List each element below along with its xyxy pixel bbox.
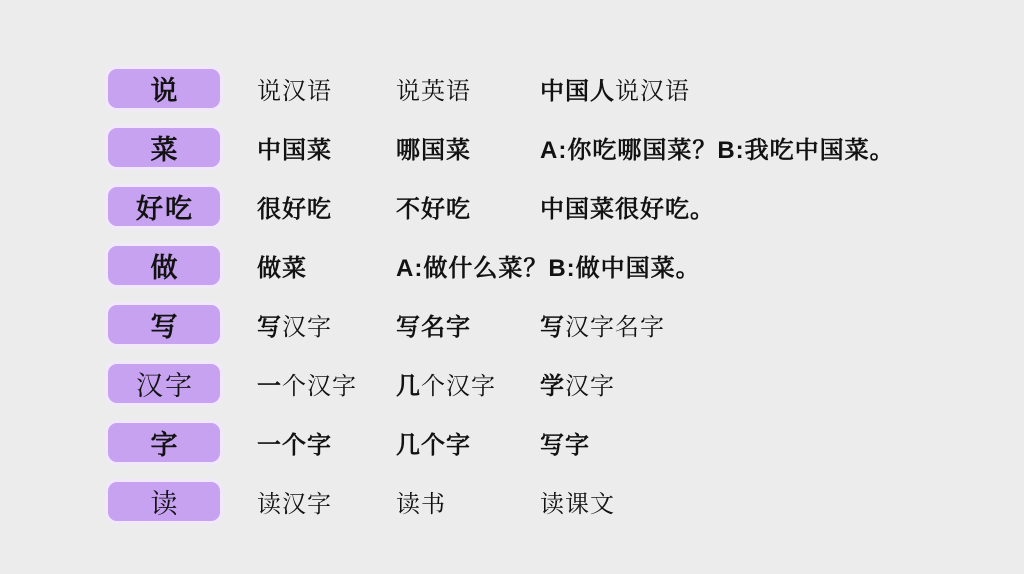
phrase: 学汉字 <box>540 361 615 406</box>
phrase: 写汉字名字 <box>540 302 665 347</box>
phrase-segment: 中国人 <box>540 71 615 106</box>
phrase: 读课文 <box>540 479 615 524</box>
phrase-segment: 写 <box>540 307 565 342</box>
phrase: 读汉字 <box>257 479 332 524</box>
phrase: 中国菜 <box>257 125 332 170</box>
vocabulary-slide: 说 说汉语 说英语 中国人说汉语 菜 中国菜 哪国菜 A:你吃哪国菜？B:我吃中… <box>0 0 1024 574</box>
phrase-segment: 很好吃 <box>257 189 332 224</box>
phrase: A:你吃哪国菜？B:我吃中国菜。 <box>540 125 895 170</box>
vocab-row: 读 读汉字 读书 读课文 <box>0 479 1024 524</box>
phrase: 哪国菜 <box>396 125 471 170</box>
phrase: 读书 <box>396 479 446 524</box>
vocab-row: 好吃 很好吃 不好吃 中国菜很好吃。 <box>0 184 1024 229</box>
keyword-box: 字 <box>105 420 223 465</box>
vocab-row: 菜 中国菜 哪国菜 A:你吃哪国菜？B:我吃中国菜。 <box>0 125 1024 170</box>
phrase-segment: 一 <box>257 366 282 401</box>
phrase-segment: 哪国菜 <box>396 130 471 165</box>
phrase-segment: 读课文 <box>540 484 615 519</box>
phrase: 不好吃 <box>396 184 471 229</box>
keyword-box: 写 <box>105 302 223 347</box>
phrase-segment: 读汉字 <box>257 484 332 519</box>
phrase: 几个字 <box>396 420 471 465</box>
vocab-row: 写 写汉字 写名字 写汉字名字 <box>0 302 1024 347</box>
phrase: 写汉字 <box>257 302 332 347</box>
keyword-box: 说 <box>105 66 223 111</box>
phrase-segment: 一个字 <box>257 425 332 460</box>
phrase-segment: 读书 <box>396 484 446 519</box>
phrase-segment: 不好吃 <box>396 189 471 224</box>
phrase: 做菜 <box>257 243 307 288</box>
keyword-box: 读 <box>105 479 223 524</box>
phrase: 很好吃 <box>257 184 332 229</box>
phrase-segment: 汉字 <box>565 366 615 401</box>
keyword-box: 汉字 <box>105 361 223 406</box>
keyword-box: 菜 <box>105 125 223 170</box>
phrase: 中国菜很好吃。 <box>540 184 715 229</box>
phrase-segment: 汉字 <box>282 307 332 342</box>
keyword-box: 做 <box>105 243 223 288</box>
phrase-segment: 几 <box>396 366 421 401</box>
vocab-row: 汉字 一个汉字 几个汉字 学汉字 <box>0 361 1024 406</box>
phrase-segment: 个汉字 <box>282 366 357 401</box>
phrase-segment: 中国菜很好吃。 <box>540 189 715 224</box>
phrase-segment: A:做什么菜？B:做中国菜。 <box>396 248 701 283</box>
phrase-segment: 做菜 <box>257 248 307 283</box>
phrase-segment: 个汉字 <box>421 366 496 401</box>
phrase: A:做什么菜？B:做中国菜。 <box>396 243 701 288</box>
phrase: 写字 <box>540 420 590 465</box>
phrase-segment: 说汉语 <box>615 71 690 106</box>
vocab-row: 做 做菜 A:做什么菜？B:做中国菜。 <box>0 243 1024 288</box>
phrase: 一个汉字 <box>257 361 357 406</box>
vocab-row: 说 说汉语 说英语 中国人说汉语 <box>0 66 1024 111</box>
phrase-segment: A:你吃哪国菜？B:我吃中国菜。 <box>540 130 895 165</box>
phrase-segment: 学 <box>540 366 565 401</box>
phrase-segment: 汉字名字 <box>565 307 665 342</box>
phrase-segment: 写字 <box>540 425 590 460</box>
phrase: 说英语 <box>396 66 471 111</box>
phrase-segment: 写名字 <box>396 307 471 342</box>
phrase-segment: 中国菜 <box>257 130 332 165</box>
phrase-segment: 说汉语 <box>257 71 332 106</box>
phrase-segment: 写 <box>257 307 282 342</box>
phrase-segment: 说英语 <box>396 71 471 106</box>
vocab-row: 字 一个字 几个字 写字 <box>0 420 1024 465</box>
phrase-segment: 几个字 <box>396 425 471 460</box>
phrase: 说汉语 <box>257 66 332 111</box>
phrase: 写名字 <box>396 302 471 347</box>
phrase: 一个字 <box>257 420 332 465</box>
keyword-box: 好吃 <box>105 184 223 229</box>
phrase: 几个汉字 <box>396 361 496 406</box>
phrase: 中国人说汉语 <box>540 66 690 111</box>
